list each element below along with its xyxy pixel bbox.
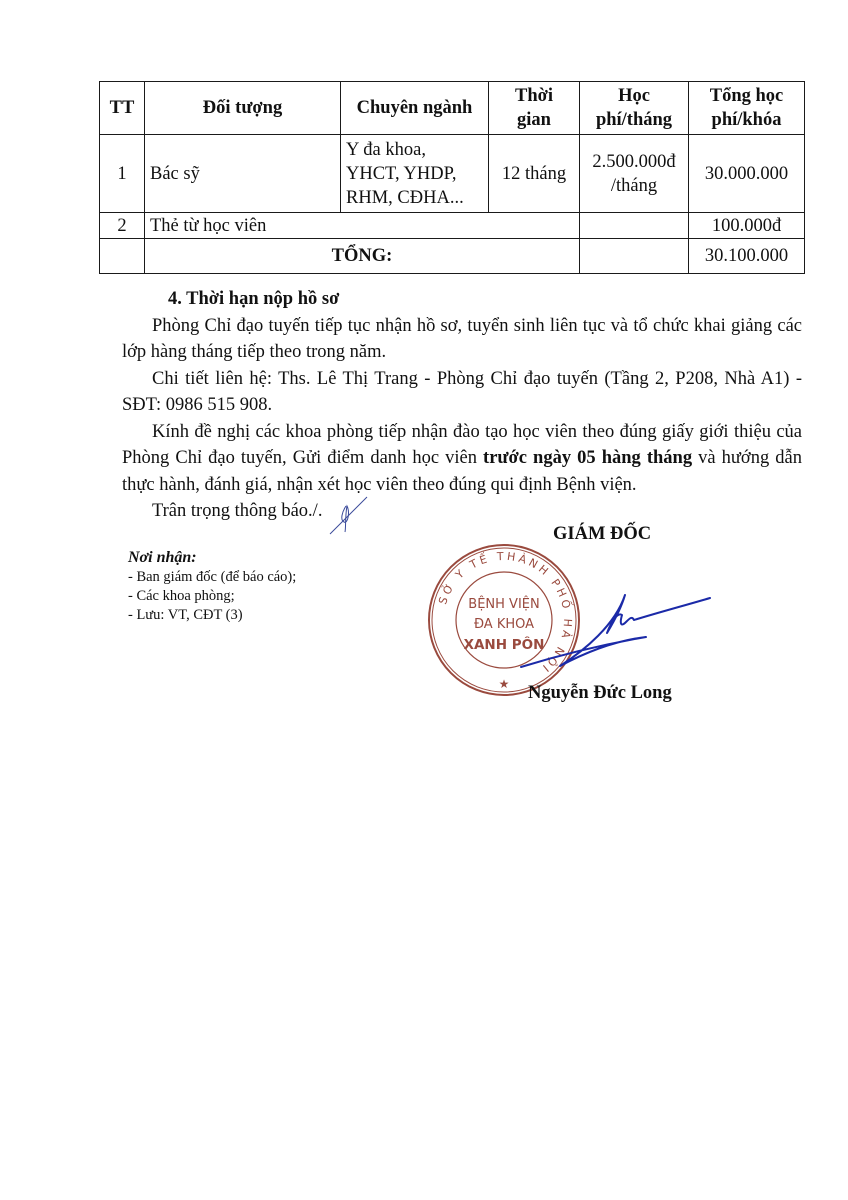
header-tt: TT	[100, 82, 145, 135]
table-row: 2 Thẻ từ học viên 100.000đ	[100, 213, 805, 239]
header-course-total: Tổng học phí/khóa	[689, 82, 805, 135]
svg-text:★: ★	[499, 677, 510, 691]
recipients-block: Nơi nhận: - Ban giám đốc (để báo cáo); -…	[128, 548, 296, 625]
cell-monthly-fee	[580, 213, 689, 239]
section-heading: 4. Thời hạn nộp hồ sơ	[122, 286, 802, 313]
paragraph-intake: Phòng Chỉ đạo tuyến tiếp tục nhận hồ sơ,…	[122, 313, 802, 366]
cell-object: Bác sỹ	[145, 135, 341, 213]
svg-text:ĐA KHOA: ĐA KHOA	[474, 617, 534, 632]
cell-monthly-fee: 2.500.000đ /tháng	[580, 135, 689, 213]
cell-empty	[100, 239, 145, 274]
section-body: 4. Thời hạn nộp hồ sơ Phòng Chỉ đạo tuyế…	[122, 286, 802, 525]
header-major: Chuyên ngành	[341, 82, 489, 135]
recipient-item: - Các khoa phòng;	[128, 587, 296, 606]
paragraph-contact: Chi tiết liên hệ: Ths. Lê Thị Trang - Ph…	[122, 366, 802, 419]
cell-tt: 2	[100, 213, 145, 239]
paragraph-request: Kính đề nghị các khoa phòng tiếp nhận đà…	[122, 419, 802, 499]
header-object: Đối tượng	[145, 82, 341, 135]
svg-text:BỆNH VIỆN: BỆNH VIỆN	[468, 596, 539, 612]
official-seal-icon: SỞ Y TẾ THÀNH PHỐ HÀ NỘI BỆNH VIỆN ĐA KH…	[426, 542, 582, 698]
table-header-row: TT Đối tượng Chuyên ngành Thời gian Học …	[100, 82, 805, 135]
cell-duration: 12 tháng	[489, 135, 580, 213]
recipient-item: - Ban giám đốc (để báo cáo);	[128, 568, 296, 587]
table-sum-row: TỔNG: 30.100.000	[100, 239, 805, 274]
cell-sum-total: 30.100.000	[689, 239, 805, 274]
recipient-item: - Lưu: VT, CĐT (3)	[128, 606, 296, 625]
signer-name: Nguyễn Đức Long	[528, 683, 672, 704]
cell-object: Thẻ từ học viên	[145, 213, 580, 239]
table-row: 1 Bác sỹ Y đa khoa, YHCT, YHDP, RHM, CĐH…	[100, 135, 805, 213]
header-monthly-fee: Học phí/tháng	[580, 82, 689, 135]
deadline-emphasis: trước ngày 05 hàng tháng	[483, 448, 692, 468]
cell-empty	[580, 239, 689, 274]
fee-table: TT Đối tượng Chuyên ngành Thời gian Học …	[99, 81, 805, 274]
recipients-title: Nơi nhận:	[128, 548, 296, 567]
cell-total: 100.000đ	[689, 213, 805, 239]
svg-text:XANH PÔN: XANH PÔN	[464, 635, 545, 653]
document-page: TT Đối tượng Chuyên ngành Thời gian Học …	[0, 0, 848, 1200]
header-duration: Thời gian	[489, 82, 580, 135]
cell-total: 30.000.000	[689, 135, 805, 213]
cell-major: Y đa khoa, YHCT, YHDP, RHM, CĐHA...	[341, 135, 489, 213]
closing-line: Trân trọng thông báo./.	[122, 498, 802, 525]
cell-sum-label: TỔNG:	[145, 239, 580, 274]
cell-tt: 1	[100, 135, 145, 213]
